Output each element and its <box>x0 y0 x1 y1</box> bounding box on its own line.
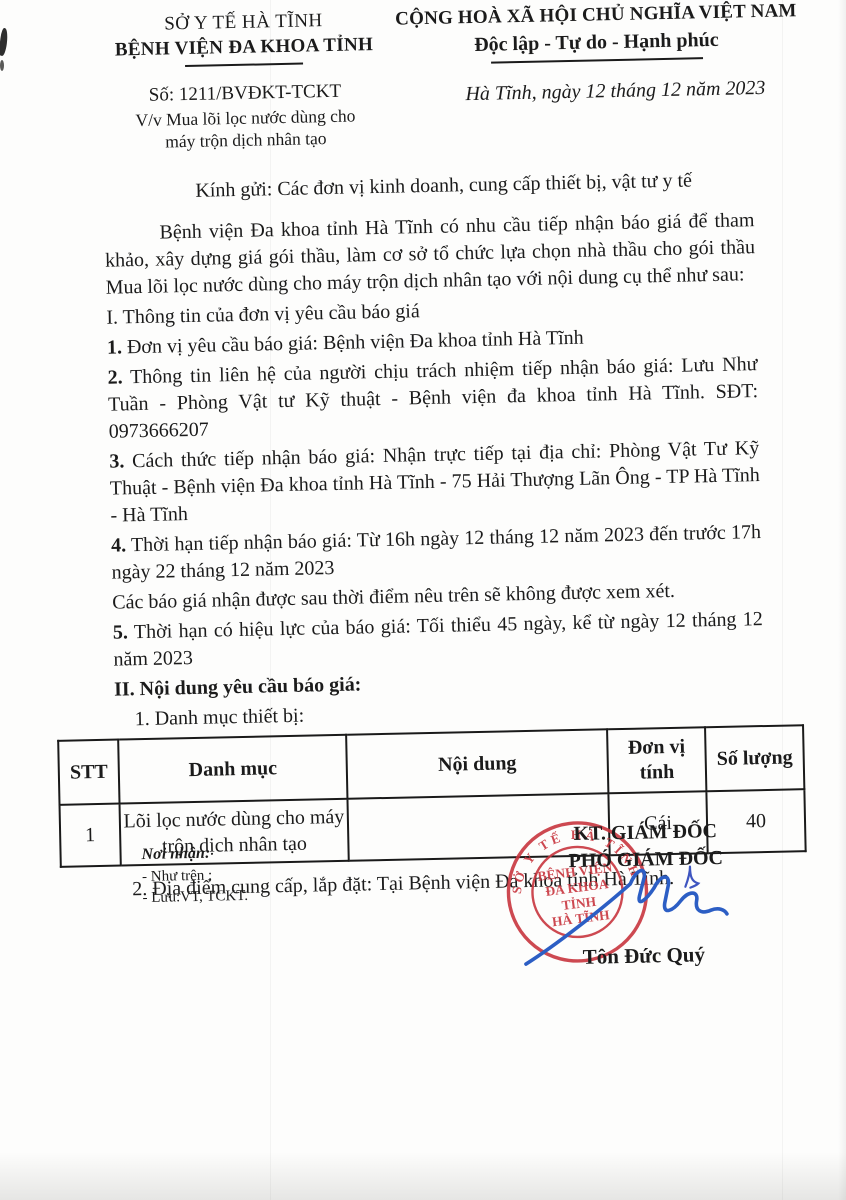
item-1-text: Đơn vị yêu cầu báo giá: Bệnh viện Đa kho… <box>122 327 584 359</box>
col-header-stt: STT <box>58 740 119 805</box>
document-sheet: SỞ Y TẾ HÀ TĨNH BỆNH VIỆN ĐA KHOA TỈNH S… <box>42 0 826 1166</box>
org-underline <box>185 63 303 67</box>
item-1-number: 1. <box>107 336 122 358</box>
recipients-title: Nơi nhận: <box>141 842 247 865</box>
national-motto: Độc lập - Tự do - Hạnh phúc <box>390 27 803 59</box>
item-2: 2. Thông tin liên hệ của người chịu trác… <box>107 351 759 446</box>
cell-stt: 1 <box>60 804 121 867</box>
item-2-number: 2. <box>107 366 122 388</box>
document-subject: V/v Mua lõi lọc nước dùng cho máy trộn d… <box>99 104 392 154</box>
item-5-text: Thời hạn có hiệu lực của báo giá: Tối th… <box>113 608 763 671</box>
motto-underline <box>491 57 703 63</box>
item-4: 4. Thời hạn tiếp nhận báo giá: Từ 16h ng… <box>111 519 762 587</box>
parent-org-name: SỞ Y TẾ HÀ TĨNH <box>97 9 390 37</box>
intro-paragraph: Bệnh viện Đa khoa tỉnh Hà Tĩnh có nhu cầ… <box>104 207 756 302</box>
item-5-number: 5. <box>113 621 128 643</box>
org-name: BỆNH VIỆN ĐA KHOA TỈNH <box>98 34 391 62</box>
recipient-item: - Lưu:VT, TCKT. <box>142 886 248 909</box>
col-header-danh-muc: Danh mục <box>118 735 347 804</box>
signature-block: KT. GIÁM ĐỐC PHÓ GIÁM ĐỐC SỞ Y TẾ HÀ TĨN… <box>479 817 794 1063</box>
document-body: Kính gửi: Các đơn vị kinh doanh, cung cấ… <box>103 166 764 733</box>
item-3: 3. Cách thức tiếp nhận báo giá: Nhận trự… <box>109 435 761 530</box>
document-page: SỞ Y TẾ HÀ TĨNH BỆNH VIỆN ĐA KHOA TỈNH S… <box>0 0 846 1200</box>
item-3-text: Cách thức tiếp nhận báo giá: Nhận trực t… <box>110 437 760 527</box>
col-header-so-luong: Số lượng <box>705 725 804 791</box>
scan-smudge <box>0 60 4 71</box>
item-5: 5. Thời hạn có hiệu lực của báo giá: Tối… <box>113 606 764 674</box>
signer-name: Tôn Đức Quý <box>482 941 792 972</box>
national-name: CỘNG HOÀ XÃ HỘI CHỦ NGHĨA VIỆT NAM <box>389 0 802 31</box>
document-header: SỞ Y TẾ HÀ TĨNH BỆNH VIỆN ĐA KHOA TỈNH S… <box>42 0 805 155</box>
issuing-org-block: SỞ Y TẾ HÀ TĨNH BỆNH VIỆN ĐA KHOA TỈNH S… <box>97 9 392 154</box>
scan-smudge <box>0 28 9 57</box>
scan-right-shade <box>838 0 846 1200</box>
item-4-number: 4. <box>111 534 126 556</box>
col-header-don-vi-tinh: Đơn vị tính <box>607 727 706 793</box>
recipients-block: Nơi nhận: - Như trên ; - Lưu:VT, TCKT. <box>141 842 248 909</box>
scan-bottom-shade <box>0 1152 846 1200</box>
national-motto-block: CỘNG HOÀ XÃ HỘI CHỦ NGHĨA VIỆT NAM Độc l… <box>389 0 803 108</box>
item-3-number: 3. <box>109 450 124 472</box>
salutation-line: Kính gửi: Các đơn vị kinh doanh, cung cấ… <box>103 166 753 207</box>
recipient-item: - Như trên ; <box>142 865 248 888</box>
col-header-noi-dung: Nội dung <box>346 729 608 798</box>
place-date-line: Hà Tĩnh, ngày 12 tháng 12 năm 2023 <box>391 76 804 108</box>
item-4-text: Thời hạn tiếp nhận báo giá: Từ 16h ngày … <box>111 521 761 584</box>
item-2-text: Thông tin liên hệ của người chịu trách n… <box>108 353 758 443</box>
